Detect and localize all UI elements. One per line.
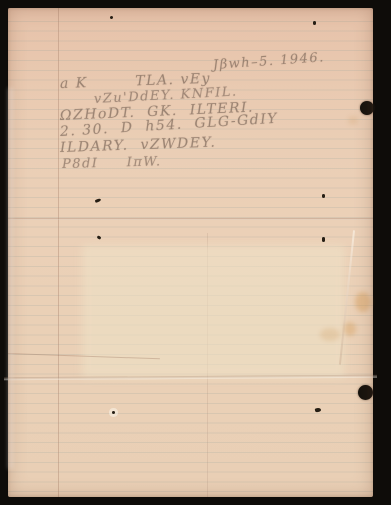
ink-speck <box>112 411 115 414</box>
ink-speck <box>315 407 322 412</box>
ink-speck <box>110 16 114 20</box>
stain-mark <box>320 328 340 341</box>
left-edge-highlight <box>8 88 13 469</box>
handwritten-line-6: P8dI IπW. <box>62 154 162 172</box>
stain-mark <box>348 116 358 125</box>
scanned-letter-page: Jβwh–5. 1946. a K TLA. vEy vZu'DdEY. KNF… <box>8 8 373 497</box>
ink-speck <box>95 198 102 203</box>
stain-mark <box>355 292 371 312</box>
ink-speck <box>322 237 325 242</box>
hole-punch-bottom <box>358 385 373 400</box>
ink-speck <box>313 21 316 25</box>
handwritten-date-line: Jβwh–5. 1946. <box>212 50 325 73</box>
hole-punch-top <box>360 101 374 115</box>
horizontal-fold-crease-upper <box>8 218 373 220</box>
margin-line <box>58 8 59 497</box>
faded-light-rectangle <box>82 245 345 378</box>
ink-speck <box>322 194 325 198</box>
ink-speck <box>97 235 102 240</box>
horizontal-fold-crease-lower <box>4 375 377 381</box>
stain-mark <box>344 322 356 336</box>
